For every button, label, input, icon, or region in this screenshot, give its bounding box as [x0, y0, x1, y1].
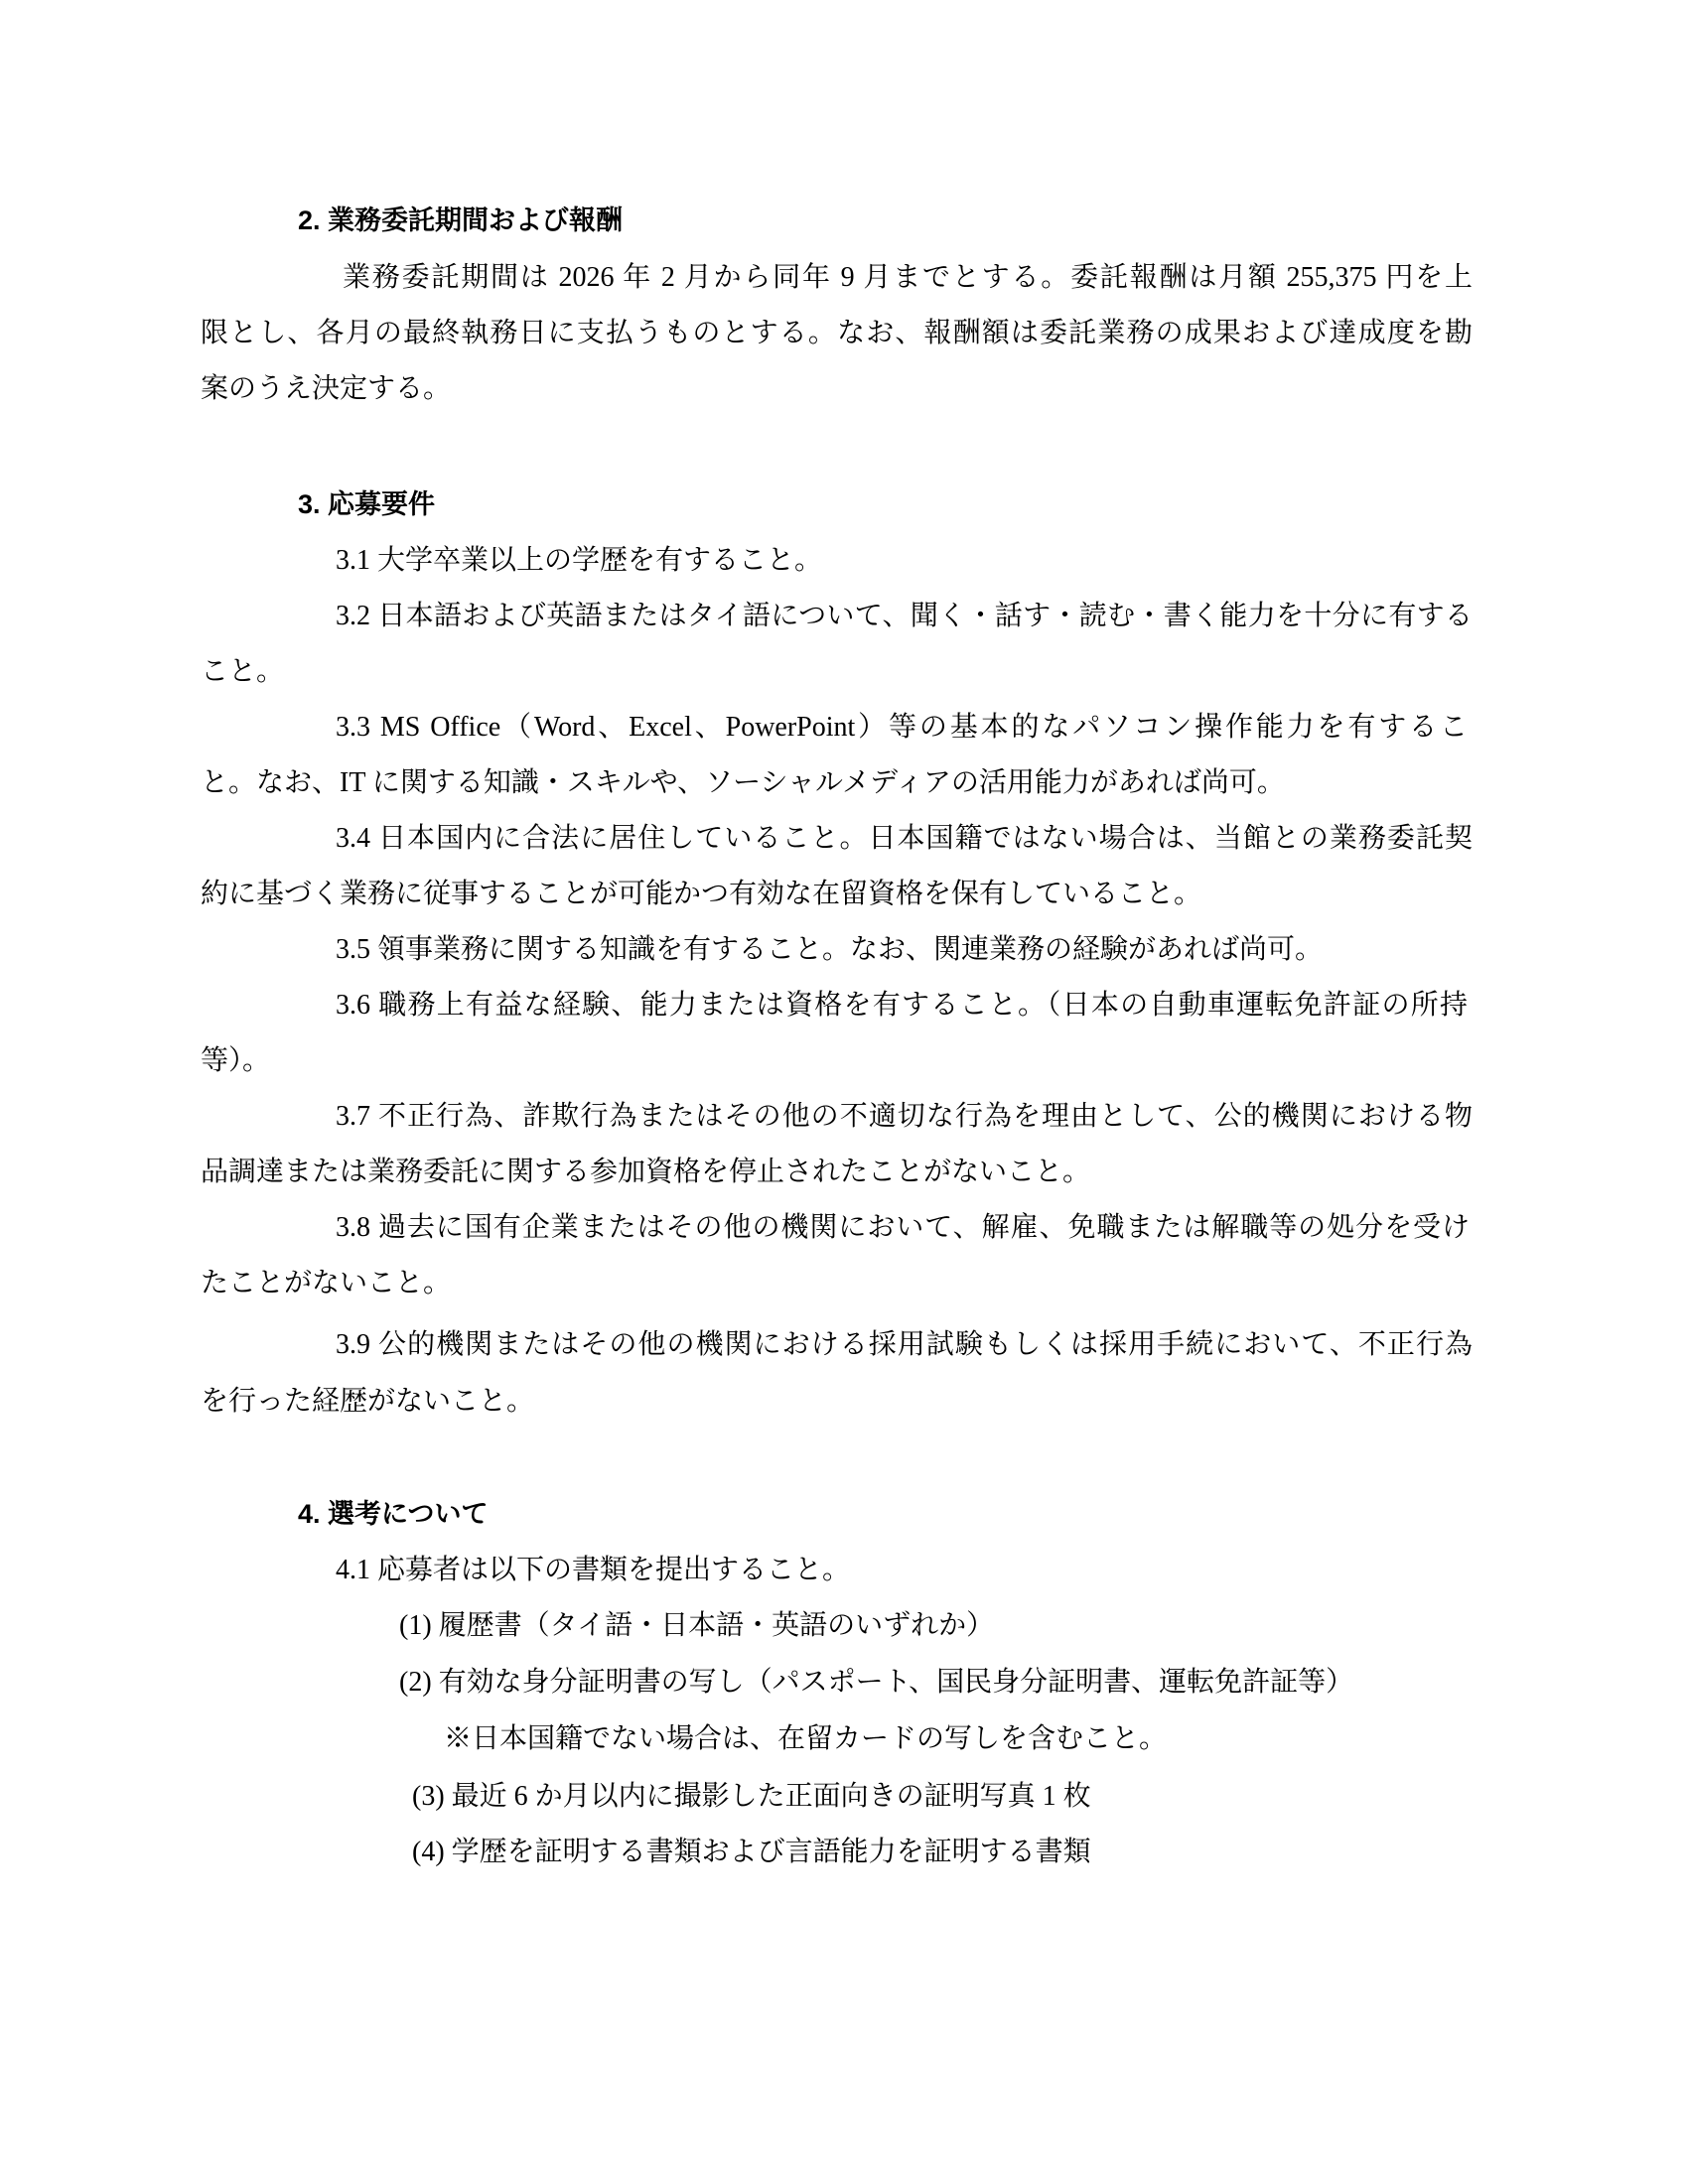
- document-item-3: (3) 最近 6 か月以内に撮影した正面向きの証明写真 1 枚: [412, 1777, 1091, 1817]
- selection-4-1: 4.1 応募者は以下の書類を提出すること。: [336, 1551, 850, 1590]
- requirement-3-3-cont: と。なお、IT に関する知識・スキルや、ソーシャルメディアの活用能力があれば尚可…: [201, 763, 1285, 803]
- section-2-paragraph-line: 業務委託期間は 2026 年 2 月から同年 9 月までとする。委託報酬は月額 …: [343, 258, 1473, 298]
- document-page: 2. 業務委託期間および報酬 業務委託期間は 2026 年 2 月から同年 9 …: [0, 0, 1688, 2184]
- requirement-3-7: 3.7 不正行為、詐欺行為またはその他の不適切な行為を理由として、公的機関におけ…: [336, 1097, 1473, 1137]
- document-item-2-note: ※日本国籍でない場合は、在留カードの写しを含むこと。: [444, 1719, 1167, 1759]
- requirement-3-8-cont: たことがないこと。: [201, 1264, 451, 1303]
- requirement-3-7-cont: 品調達または業務委託に関する参加資格を停止されたことがないこと。: [201, 1153, 1090, 1192]
- requirement-3-5: 3.5 領事業務に関する知識を有すること。なお、関連業務の経験があれば尚可。: [336, 930, 1323, 970]
- requirement-3-2-cont: こと。: [201, 652, 284, 692]
- requirement-3-6: 3.6 職務上有益な経験、能力または資格を有すること。（日本の自動車運転免許証の…: [336, 986, 1468, 1025]
- requirement-3-3: 3.3 MS Office（Word、Excel、PowerPoint）等の基本…: [336, 708, 1468, 748]
- requirement-3-4-cont: 約に基づく業務に従事することが可能かつ有効な在留資格を保有していること。: [201, 875, 1201, 914]
- section-4-heading: 4. 選考について: [298, 1494, 488, 1534]
- section-2-heading: 2. 業務委託期間および報酬: [298, 201, 623, 240]
- requirement-3-9: 3.9 公的機関またはその他の機関における採用試験もしくは採用手続において、不正…: [336, 1325, 1473, 1365]
- requirement-3-6-cont: 等）。: [201, 1041, 270, 1081]
- section-2-paragraph-line: 限とし、各月の最終執務日に支払うものとする。なお、報酬額は委託業務の成果および達…: [201, 314, 1473, 353]
- requirement-3-4: 3.4 日本国内に合法に居住していること。日本国籍ではない場合は、当館との業務委…: [336, 819, 1473, 859]
- requirement-3-1: 3.1 大学卒業以上の学歴を有すること。: [336, 541, 822, 581]
- requirement-3-2: 3.2 日本語および英語またはタイ語について、聞く・話す・読む・書く能力を十分に…: [336, 597, 1473, 636]
- requirement-3-9-cont: を行った経歴がないこと。: [201, 1382, 534, 1422]
- document-item-2: (2) 有効な身分証明書の写し（パスポート、国民身分証明書、運転免許証等）: [399, 1663, 1353, 1703]
- document-item-4: (4) 学歴を証明する書類および言語能力を証明する書類: [412, 1833, 1091, 1872]
- section-2-paragraph-line: 案のうえ決定する。: [201, 369, 451, 409]
- document-item-1: (1) 履歴書（タイ語・日本語・英語のいずれか）: [399, 1606, 994, 1646]
- requirement-3-8: 3.8 過去に国有企業またはその他の機関において、解雇、免職または解職等の処分を…: [336, 1208, 1470, 1248]
- section-3-heading: 3. 応募要件: [298, 484, 435, 524]
